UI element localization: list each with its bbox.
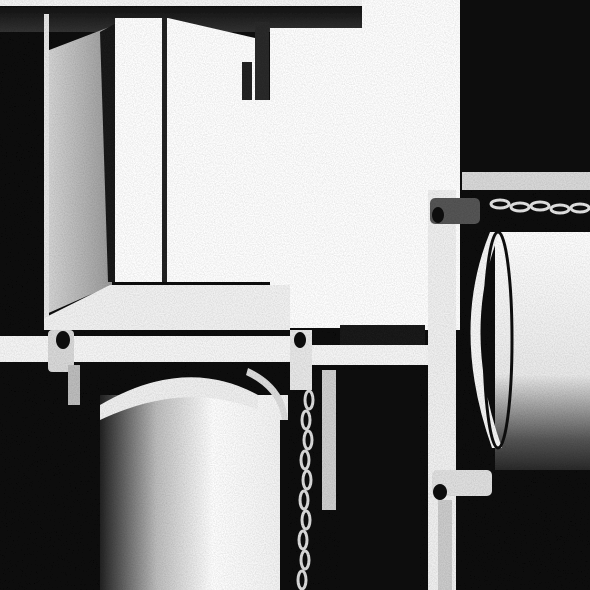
- scene-svg: [0, 0, 590, 590]
- left-pole: [44, 14, 49, 319]
- left-cylinder-tank: [100, 368, 288, 590]
- hopper-box: [115, 18, 168, 282]
- right-dark-panel: [460, 0, 590, 180]
- photograph: [0, 0, 590, 590]
- metal-frame-bar: [0, 336, 300, 362]
